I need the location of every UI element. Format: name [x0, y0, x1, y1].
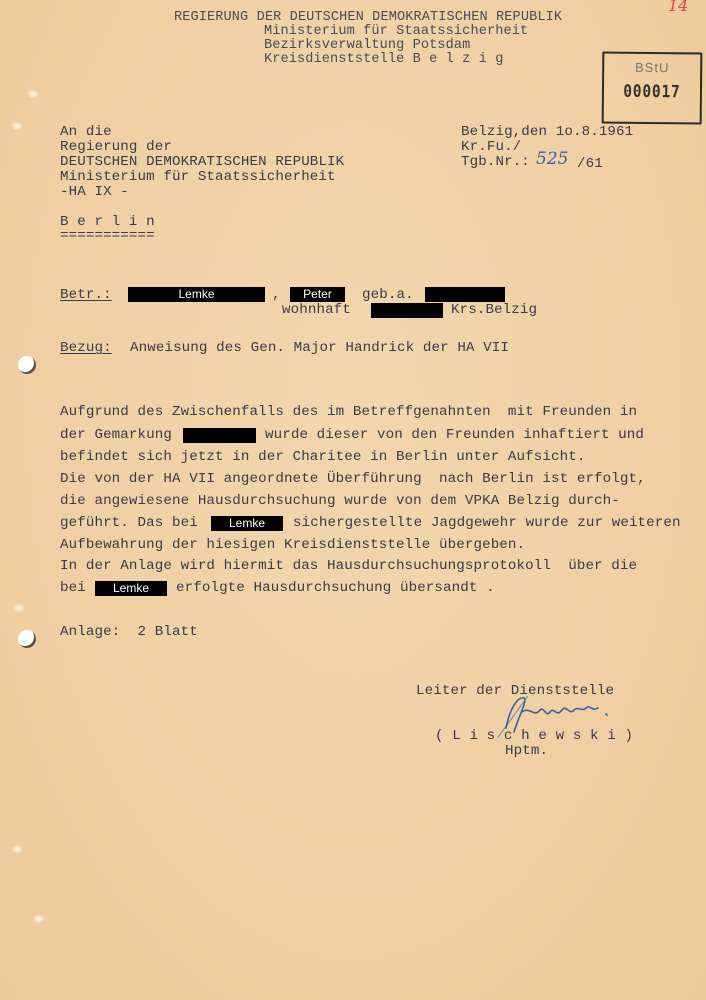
- body-line-6a: geführt. Das bei: [60, 516, 198, 531]
- redacted-residence: [371, 303, 443, 318]
- born-label: geb.a.: [362, 288, 414, 303]
- tgb-label: Tgb.Nr.:: [461, 155, 530, 170]
- body-line-3: befindet sich jetzt in der Charitee in B…: [60, 450, 585, 465]
- recipient-line-2: Regierung der: [60, 140, 172, 155]
- archive-stamp-number: 000017: [611, 82, 693, 103]
- signature-name: ( L i s c h e w s k i ): [435, 729, 633, 744]
- letterhead-line-1: REGIERUNG DER DEUTSCHEN DEMOKRATISCHEN R…: [174, 10, 562, 25]
- body-line-1: Aufgrund des Zwischenfalls des im Betref…: [60, 405, 637, 420]
- redacted-birthplace: [425, 287, 505, 302]
- reference-label: Bezug:: [60, 341, 112, 356]
- recipient-line-1: An die: [60, 125, 112, 140]
- paper-dent: [34, 915, 44, 923]
- letterhead-line-4: Kreisdienststelle B e l z i g: [264, 52, 503, 67]
- recipient-line-4: Ministerium für Staatssicherheit: [60, 170, 336, 185]
- redacted-firstname: Peter: [290, 287, 345, 302]
- archive-stamp-label: BStU: [604, 59, 700, 75]
- paper-dent: [28, 90, 38, 98]
- redacted-surname: Lemke: [128, 287, 265, 302]
- body-line-8: In der Anlage wird hiermit das Hausdurch…: [60, 559, 637, 574]
- body-line-9b: erfolgte Hausdurchsuchung übersandt .: [176, 581, 495, 596]
- body-line-2b: wurde dieser von den Freunden inhaftiert…: [265, 428, 644, 443]
- letterhead-line-2: Ministerium für Staatssicherheit: [264, 24, 528, 39]
- paper-dent: [14, 604, 24, 612]
- punch-hole: [18, 630, 36, 648]
- body-line-4: Die von der HA VII angeordnete Überführu…: [60, 472, 646, 487]
- body-line-5: die angewiesene Hausdurchsuchung wurde v…: [60, 494, 620, 509]
- paper-dent: [12, 122, 22, 130]
- body-line-9a: bei: [60, 581, 86, 596]
- enclosure-line: Anlage: 2 Blatt: [60, 625, 198, 640]
- handwritten-page-number: 14: [668, 0, 688, 15]
- letterhead-line-3: Bezirksverwaltung Potsdam: [264, 38, 470, 53]
- punch-hole: [18, 356, 36, 374]
- tgb-suffix: /61: [577, 157, 603, 172]
- document-page: 14 REGIERUNG DER DEUTSCHEN DEMOKRATISCHE…: [0, 0, 706, 1000]
- body-line-7: Aufbewahrung der hiesigen Kreisdienstste…: [60, 538, 525, 553]
- archive-stamp: BStU 000017: [602, 51, 703, 124]
- district-label: Krs.Belzig: [451, 303, 537, 318]
- redacted-name-1: Lemke: [211, 516, 283, 531]
- paper-dent: [12, 845, 22, 853]
- date-line: Belzig,den 1o.8.1961: [461, 125, 633, 140]
- recipient-line-5: -HA IX -: [60, 185, 129, 200]
- kr-fu-line: Kr.Fu./: [461, 140, 521, 155]
- tgb-number-handwritten: 525: [536, 149, 568, 169]
- reference-text: Anweisung des Gen. Major Handrick der HA…: [130, 341, 509, 356]
- redacted-name-2: Lemke: [95, 581, 167, 596]
- redacted-location: [183, 428, 256, 443]
- subject-comma: ,: [272, 288, 281, 303]
- body-line-2a: der Gemarkung: [60, 428, 172, 443]
- body-line-6b: sichergestellte Jagdgewehr wurde zur wei…: [293, 516, 681, 531]
- subject-label: Betr.:: [60, 288, 112, 303]
- recipient-line-3: DEUTSCHEN DEMOKRATISCHEN REPUBLIK: [60, 155, 344, 170]
- recipient-city-underline: ===========: [60, 229, 155, 244]
- signature-rank: Hptm.: [505, 744, 548, 759]
- residence-label: wohnhaft: [282, 303, 351, 318]
